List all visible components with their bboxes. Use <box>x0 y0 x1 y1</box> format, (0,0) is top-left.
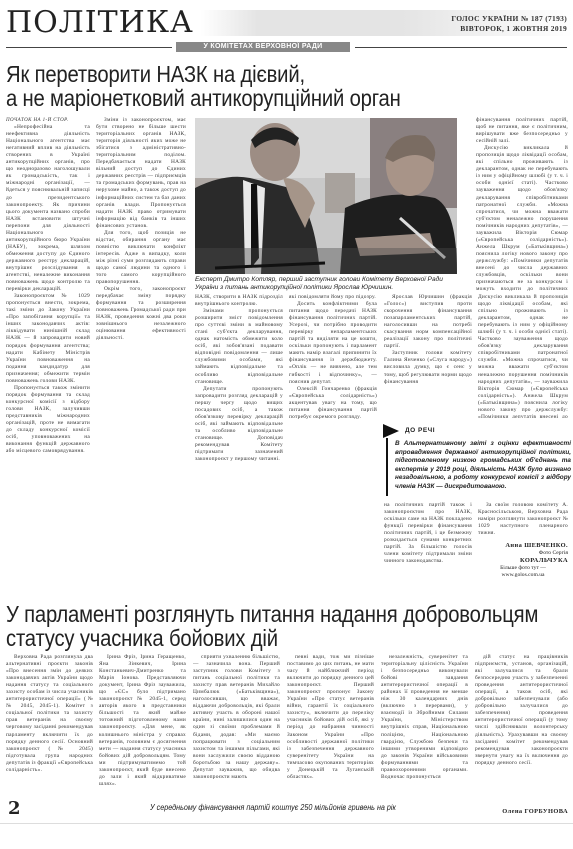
photo-image <box>195 118 457 274</box>
paragraph: Верховна Рада розглянула два альтернатив… <box>6 654 93 774</box>
note-bar <box>386 438 388 496</box>
article1-column-6a-right: Дискусію викликала й пропозиція щодо лік… <box>478 294 568 418</box>
author-name: Анна ШЕВЧЕНКО. <box>505 542 568 549</box>
paragraph: певні вади, тож ми пізніше поставимо до … <box>287 654 374 781</box>
article2-column-3: сприяти ухваленню більшістю, — зазначила… <box>193 654 280 796</box>
article1-column-6c: За своїм головою комітету А. Красносільс… <box>478 502 568 538</box>
rubric-label: У КОМІТЕТАХ ВЕРХОВНОЇ РАДИ <box>176 42 350 52</box>
paragraph: які повідомляти йому про підозру. <box>289 294 377 301</box>
paragraph: За своїм головою комітету А. Красносільс… <box>478 502 568 537</box>
paragraph: Законопроєктом № 1029 пропонується внест… <box>6 293 90 385</box>
paragraph: Ярослав Юрчишин (фракція «Голос») виступ… <box>384 294 472 350</box>
continuation-kicker: ПОЧАТОК НА 1-Й СТОР. <box>6 117 90 124</box>
paragraph: незалежність, суверенітет та територіаль… <box>381 654 468 781</box>
note-text: В Альтернативному звіті з оцінки ефектив… <box>395 440 571 492</box>
article2-column-2: Ірина Фріз, Ірина Геращенко, Яна Зінкеви… <box>99 654 186 796</box>
article-photo <box>195 118 457 274</box>
rubric-rule-right <box>355 47 567 48</box>
article2-column-5: незалежність, суверенітет та територіаль… <box>381 654 468 796</box>
issue-date: ВІВТОРОК, 1 ЖОВТНЯ 2019 <box>451 24 567 34</box>
paragraph: Дискусію викликала й пропозиція щодо лік… <box>478 294 568 418</box>
paragraph: Досить конфліктними була питання щодо пе… <box>289 301 377 386</box>
paragraph: Заступник голови комітету Галина Янченко… <box>384 350 472 385</box>
paragraph: НАЗК, створити в НАЗК підрозділ внутрішн… <box>195 294 283 308</box>
article1-column-6b: на політичних партій також і законопроєк… <box>384 502 472 591</box>
paragraph: «Непрофесійна та неефективна діяльність … <box>6 124 90 293</box>
rubric-rule-left <box>6 47 172 48</box>
paragraph: Змінами пропонується розширити зміст пов… <box>195 308 283 386</box>
article2-headline-line2: статусу учасника бойових дій <box>6 626 278 650</box>
paragraph: на політичних партій також і законопроєк… <box>384 502 472 565</box>
article1-column-2: Зміни із законопроєктом, має бути створе… <box>96 117 186 591</box>
issue-info: ГОЛОС УКРАЇНИ № 187 (7193) ВІВТОРОК, 1 Ж… <box>451 14 567 34</box>
photo-caption: Експерт Дмитро Котляр, перший заступник … <box>195 276 465 292</box>
issue-number: ГОЛОС УКРАЇНИ № 187 (7193) <box>451 14 567 24</box>
article1-signature: Анна ШЕВЧЕНКО. Фото Сергія КОРАЛЬЧУКА Бі… <box>478 542 568 579</box>
more-photos-label: Більше фото тут — <box>478 565 568 572</box>
paragraph: Зміни із законопроєктом, має бути створе… <box>96 117 186 230</box>
article1-column-5: фінансування політичних партій, щоб не п… <box>476 117 568 293</box>
photo-credit-label: Фото Сергія <box>478 550 568 557</box>
paragraph: Окрім того, законопроєкт передбачає змін… <box>96 286 186 342</box>
paragraph: Ірина Фріз, Ірина Геращенко, Яна Зінкеви… <box>99 654 186 788</box>
paragraph: Олексій Гончаренко (фракція «Європейська… <box>289 386 377 421</box>
by-the-way-box: ДО РЕЧІ В Альтернативному звіті з оцінки… <box>383 424 571 496</box>
article2-signature: Олена ГОРБУНОВА <box>475 808 568 816</box>
page-number: 2 <box>8 798 21 819</box>
paragraph: фінансування політичних партій, щоб не п… <box>476 117 568 145</box>
more-photos-link[interactable]: www.golos.com.ua <box>478 572 568 579</box>
paragraph: дій статус на працівників підприємств, у… <box>475 654 568 767</box>
article2-column-4: певні вади, тож ми пізніше поставимо до … <box>287 654 374 796</box>
author-name: Олена ГОРБУНОВА <box>502 808 568 815</box>
paragraph: Для того, щоб позиція не відстає, обиран… <box>96 230 186 286</box>
triangle-marker-icon <box>383 424 399 438</box>
article1-column-1: ПОЧАТОК НА 1-Й СТОР. «Непрофесійна та не… <box>6 117 90 591</box>
article1-headline-line2: а не маріонетковий антикорупційний орган <box>6 86 401 110</box>
article1-column-6a: Ярослав Юрчишин (фракція «Голос») виступ… <box>384 294 472 418</box>
paragraph: Депутати пропонують запровадити розгляд … <box>195 386 283 464</box>
note-label: ДО РЕЧІ <box>405 427 435 434</box>
photo-credit-name: КОРАЛЬЧУКА <box>520 557 568 564</box>
paragraph: Пропонується також змінити порядок форму… <box>6 385 90 455</box>
section-title: ПОЛІТИКА <box>6 6 194 40</box>
footer-rule <box>0 823 573 824</box>
article2-column-1: Верховна Рада розглянула два альтернатив… <box>6 654 93 796</box>
footer-tagline: У середньому фінансування партій коштує … <box>150 803 396 812</box>
article2-headline-line1: У парламенті розглянуть питання надання … <box>6 602 538 626</box>
article1-column-3: НАЗК, створити в НАЗК підрозділ внутрішн… <box>195 294 283 591</box>
paragraph: Дискусію викликала й пропозиція щодо лік… <box>476 145 568 293</box>
paragraph: сприяти ухваленню більшістю, — зазначила… <box>193 654 280 781</box>
article2-column-6: дій статус на працівників підприємств, у… <box>475 654 568 784</box>
article1-column-4: які повідомляти йому про підозру. Досить… <box>289 294 377 591</box>
article1-headline-line1: Як перетворити НАЗК на дієвий, <box>6 62 305 86</box>
